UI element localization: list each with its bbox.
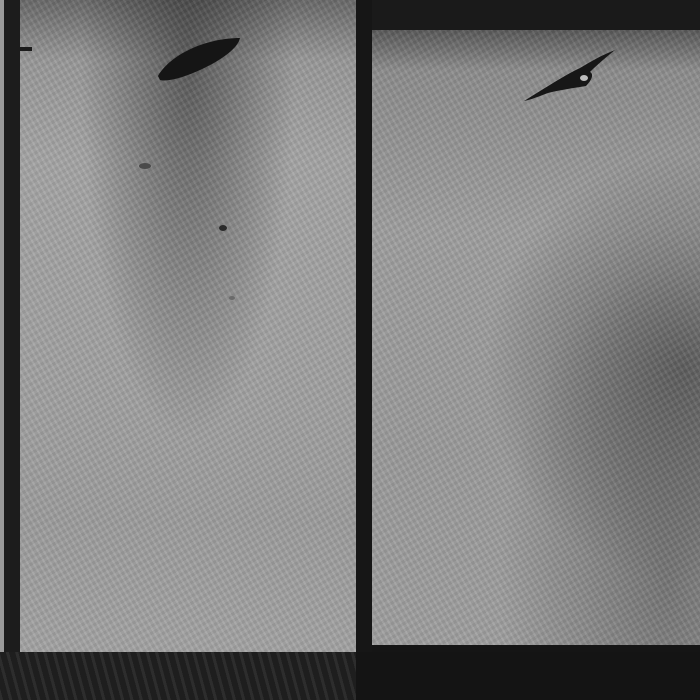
border-tick (18, 47, 32, 51)
speck-icon (229, 296, 235, 300)
speck-icon (139, 163, 151, 169)
ufo-object-icon (158, 38, 240, 80)
speck-icon (219, 225, 227, 231)
sky-objects (0, 0, 700, 700)
photograph (0, 0, 700, 700)
bird-silhouette-icon (524, 50, 615, 101)
